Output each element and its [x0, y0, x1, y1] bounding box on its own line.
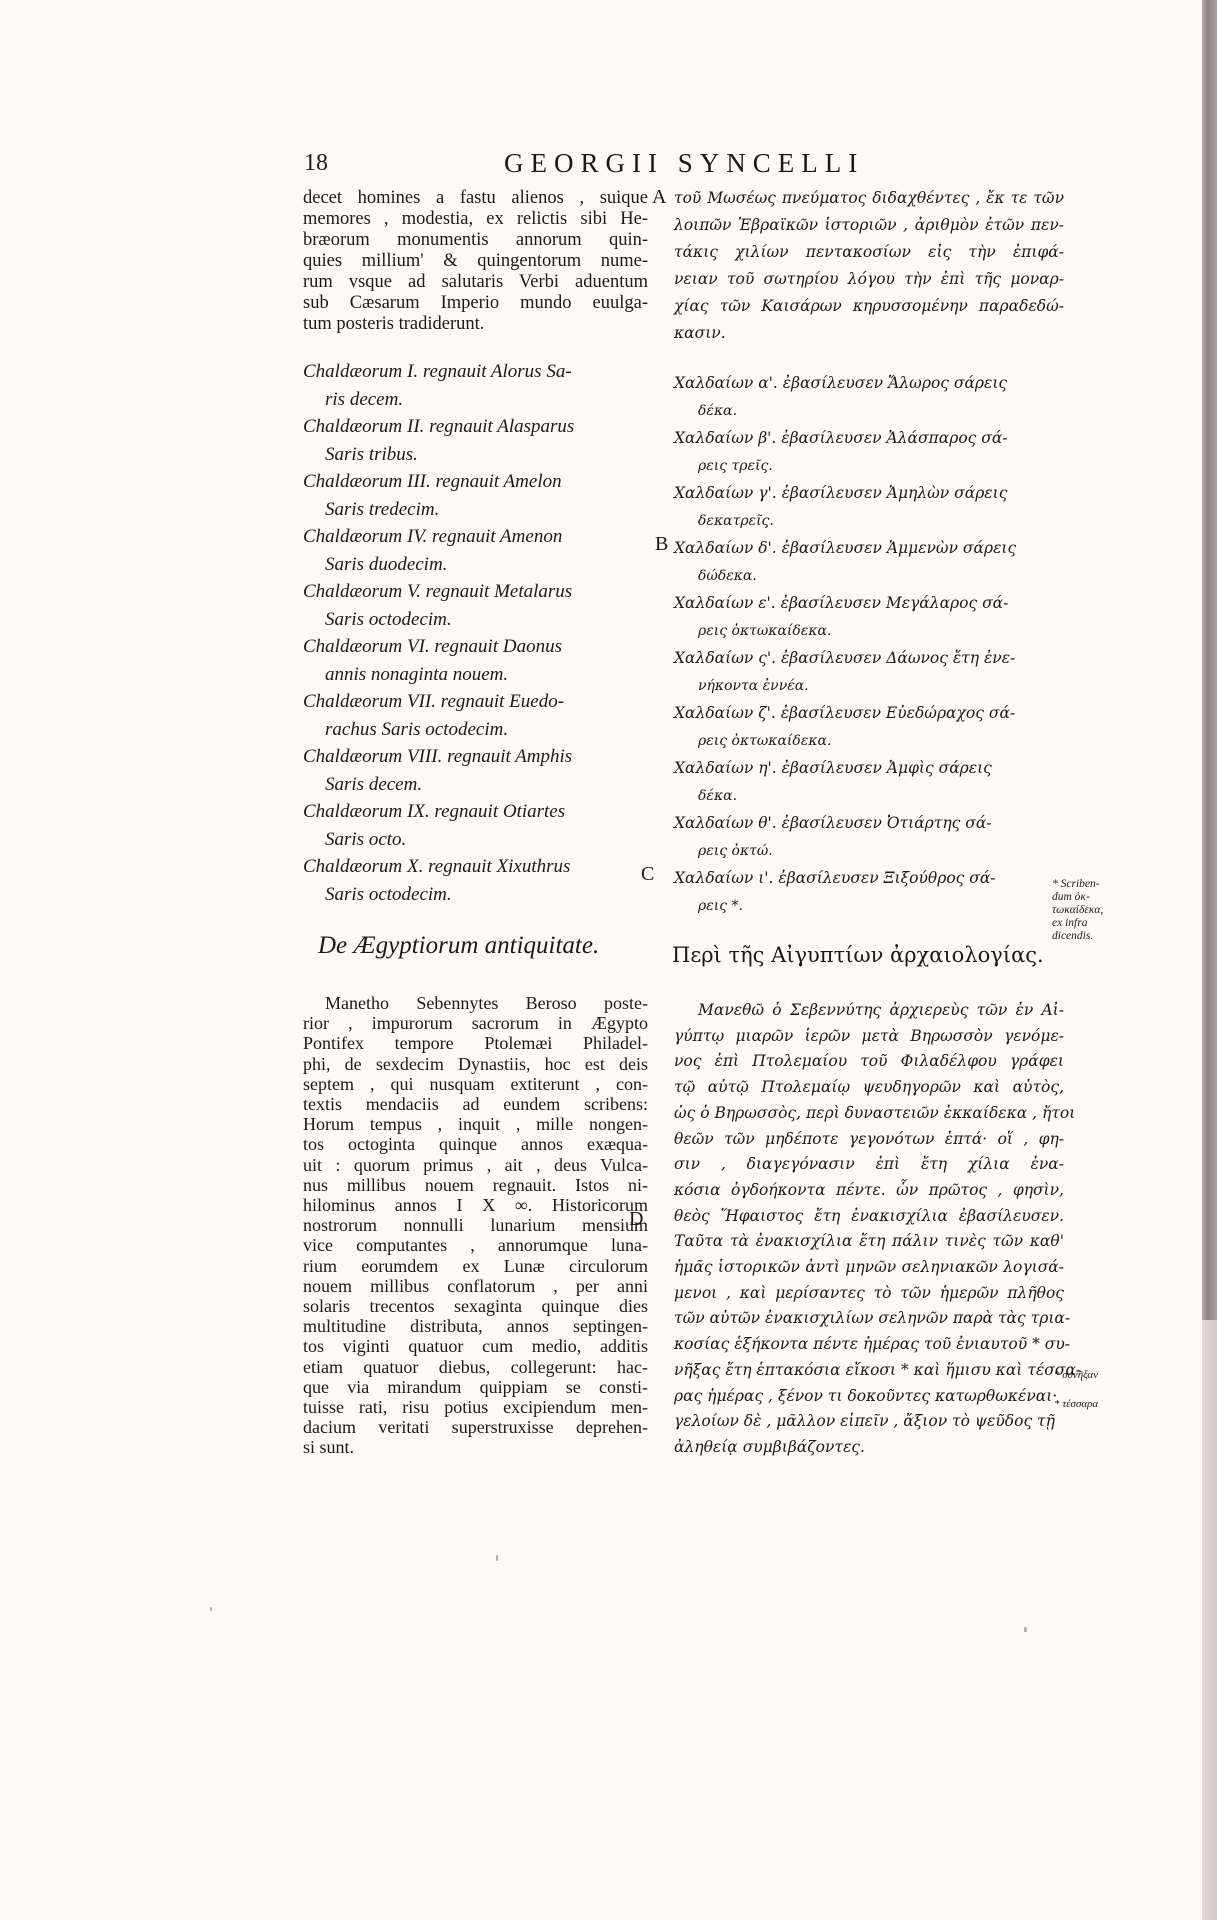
text-line: τοῦ Μωσέως πνεύματος διδαχθέντες , ἔκ τε… [674, 185, 1064, 212]
text-line: Μανεθῶ ὁ Σεβεννύτης ἀρχιερεὺς τῶν ἐν Αἰ- [674, 998, 1064, 1024]
list-item: Chaldæorum VI. regnauit Daonusannis nona… [303, 633, 648, 688]
list-item: Χαλδαίων ε'. ἐβασίλευσεν Μεγάλαρος σά-ρε… [674, 590, 1064, 645]
text-line: solaris trecentos sexaginta quinque dies [303, 1296, 648, 1316]
text-line: phi, de sexdecim Dynastiis, hoc est deis [303, 1054, 648, 1074]
text-line: que via mirandum quippiam se consti- [303, 1377, 648, 1397]
text-line: vice computantes , annorumque luna- [303, 1235, 648, 1255]
text-line: rum vsque ad salutaris Verbi aduentum [303, 272, 648, 293]
text-line: bræorum monumentis annorum quin- [303, 230, 648, 251]
text-line: rior , impurorum sacrorum in Ægypto [303, 1013, 648, 1033]
section-title-greek: Περὶ τῆς Αἰγυπτίων ἀρχαιολογίας. [672, 943, 1044, 967]
text-line: dacium veritati superstruxisse deprehen- [303, 1417, 648, 1437]
text-line: nostrorum nonnulli lunarium mensium [303, 1215, 648, 1235]
margin-note-tessara: * τέσσαρα [1054, 1398, 1098, 1411]
list-item: Chaldæorum IV. regnauit AmenonSaris duod… [303, 523, 648, 578]
paper-speck [1024, 1627, 1027, 1632]
list-item: Chaldæorum VIII. regnauit AmphisSaris de… [303, 743, 648, 798]
text-line: Ταῦτα τὰ ἐνακισχίλια ἔτη πάλιν τινὲς τῶν… [674, 1229, 1064, 1255]
list-item: Chaldæorum II. regnauit AlasparusSaris t… [303, 413, 648, 468]
text-line: Pontifex tempore Ptolemæi Philadel- [303, 1033, 648, 1053]
text-line: νος ἐπὶ Πτολεμαίου τοῦ Φιλαδέλφου γράφει [674, 1049, 1064, 1075]
text-line: tos octoginta quinque annos exæqua- [303, 1134, 648, 1154]
text-line: γελοίων δὲ , μᾶλλον εἰπεῖν , ἄξιον τὸ ψε… [674, 1409, 1064, 1435]
margin-note-synexan: * συνῆξαν [1054, 1369, 1098, 1382]
list-item: Chaldæorum X. regnauit XixuthrusSaris oc… [303, 853, 648, 908]
manetho-latin-paragraph: Manetho Sebennytes Beroso poste- rior , … [303, 993, 648, 1458]
text-line: λοιπῶν Ἑβραϊκῶν ἱστοριῶν , ἀριθμὸν ἐτῶν … [674, 212, 1064, 239]
list-item: Χαλδαίων θ'. ἐβασίλευσεν Ὀτιάρτης σά-ρει… [674, 810, 1064, 865]
text-line: τῶν αὐτῶν ἐνακισχιλίων σεληνῶν παρὰ τὰς … [674, 1306, 1064, 1332]
chaldean-kings-latin-list: Chaldæorum I. regnauit Alorus Sa-ris dec… [303, 358, 648, 908]
text-line: etiam quatuor diebus, collegerunt: hac- [303, 1357, 648, 1377]
list-item: Χαλδαίων δ'. ἐβασίλευσεν Ἀμμενὼν σάρειςδ… [674, 535, 1064, 590]
text-line: multitudine distributa, annos septingen- [303, 1316, 648, 1336]
margin-marker-c: C [641, 863, 654, 886]
text-line: tuisse rati, risu potius excipiendum men… [303, 1397, 648, 1417]
text-line: γύπτῳ μιαρῶν ἱερῶν μετὰ Βηρωσσὸν γενόμε- [674, 1024, 1064, 1050]
text-line: ρας ἡμέρας , ξένον τι δοκοῦντες κατωρθωκ… [674, 1384, 1064, 1410]
margin-marker-b: B [655, 533, 668, 556]
list-item: Χαλδαίων α'. ἐβασίλευσεν Ἄλωρος σάρειςδέ… [674, 370, 1064, 425]
text-line: κόσια ὀγδοήκοντα πέντε. ὧν πρῶτος , φησὶ… [674, 1178, 1064, 1204]
text-line: ἡμᾶς ἱστορικῶν ἀντὶ μηνῶν σεληνιακῶν λογ… [674, 1255, 1064, 1281]
margin-note-scribendum: * Scriben- dum ὀκ- τωκαίδεκα, ex infra d… [1052, 878, 1142, 943]
page-number: 18 [304, 150, 328, 177]
list-item: Χαλδαίων β'. ἐβασίλευσεν Ἀλάσπαρος σά-ρε… [674, 425, 1064, 480]
intro-greek-paragraph: τοῦ Μωσέως πνεύματος διδαχθέντες , ἔκ τε… [674, 185, 1064, 347]
list-item: Chaldæorum I. regnauit Alorus Sa-ris dec… [303, 358, 648, 413]
text-line: θεὸς Ἥφαιστος ἔτη ἐνακισχίλια ἐβασίλευσε… [674, 1204, 1064, 1230]
text-line: ἀληθείᾳ συμβιβάζοντες. [674, 1435, 1064, 1461]
text-line: tos viginti quatuor cum medio, additis [303, 1336, 648, 1356]
text-line: textis mendaciis ad eundem scribens: [303, 1094, 648, 1114]
text-line: decet homines a fastu alienos , suique [303, 188, 648, 209]
text-line: ὡς ὁ Βηρωσσὸς, περὶ δυναστειῶν ἑκκαίδεκα… [674, 1101, 1064, 1127]
text-line: quies millium' & quingentorum nume- [303, 251, 648, 272]
text-line: uit : quorum primus , ait , deus Vulca- [303, 1155, 648, 1175]
text-line: κοσίας ἑξήκοντα πέντε ἡμέρας τοῦ ἐνιαυτο… [674, 1332, 1064, 1358]
text-line: κασιν. [674, 320, 1064, 347]
section-title-latin: De Ægyptiorum antiquitate. [318, 932, 599, 960]
text-line: Manetho Sebennytes Beroso poste- [303, 993, 648, 1013]
list-item: Χαλδαίων ς'. ἐβασίλευσεν Δάωνος ἔτη ἐνε-… [674, 645, 1064, 700]
paper-speck [210, 1607, 212, 1611]
list-item: Χαλδαίων ι'. ἐβασίλευσεν Ξιξούθρος σά-ρε… [674, 865, 1064, 920]
list-item: Chaldæorum VII. regnauit Euedo-rachus Sa… [303, 688, 648, 743]
text-line: memores , modestia, ex relictis sibi He- [303, 209, 648, 230]
text-line: sub Cæsarum Imperio mundo euulga- [303, 293, 648, 314]
text-line: νειαν τοῦ σωτηρίου λόγου τὴν ἐπὶ τῆς μον… [674, 266, 1064, 293]
manetho-greek-paragraph: Μανεθῶ ὁ Σεβεννύτης ἀρχιερεὺς τῶν ἐν Αἰ-… [674, 998, 1064, 1461]
list-item: Χαλδαίων η'. ἐβασίλευσεν Ἀμφὶς σάρειςδέκ… [674, 755, 1064, 810]
text-line: σιν , διαγεγόνασιν ἐπὶ ἔτη χίλια ἐνα- [674, 1152, 1064, 1178]
text-line: tum posteris tradiderunt. [303, 314, 648, 335]
list-item: Χαλδαίων ζ'. ἐβασίλευσεν Εὐεδώραχος σά-ρ… [674, 700, 1064, 755]
running-header: 18 GEORGII SYNCELLI [304, 150, 864, 184]
page-edge-light [1202, 1320, 1217, 1920]
paper-speck [496, 1555, 498, 1561]
text-line: rium eorumdem ex Lunæ circulorum [303, 1256, 648, 1276]
list-item: Chaldæorum IX. regnauit OtiartesSaris oc… [303, 798, 648, 853]
text-line: θεῶν τῶν μηδέποτε γεγονότων ἑπτά· οἵ , φ… [674, 1127, 1064, 1153]
text-line: μενοι , καὶ μερίσαντες τὸ τῶν ἡμερῶν πλῆ… [674, 1281, 1064, 1307]
intro-latin-paragraph: decet homines a fastu alienos , suique m… [303, 188, 648, 335]
text-line: nouem millibus conflatorum , per anni [303, 1276, 648, 1296]
text-line: χίας τῶν Καισάρων κηρυσσομένην παραδεδώ- [674, 293, 1064, 320]
list-item: Χαλδαίων γ'. ἐβασίλευσεν Ἀμηλὼν σάρειςδε… [674, 480, 1064, 535]
text-line: septem , qui nusquam extiterunt , con- [303, 1074, 648, 1094]
margin-marker-d: D [629, 1208, 643, 1231]
margin-marker-a: A [652, 186, 666, 209]
text-line: si sunt. [303, 1437, 648, 1457]
text-line: nus millibus nouem regnauit. Istos ni- [303, 1175, 648, 1195]
text-line: τῷ αὐτῷ Πτολεμαίῳ ψευδηγορῶν καὶ αὐτὸς, [674, 1075, 1064, 1101]
list-item: Chaldæorum III. regnauit AmelonSaris tre… [303, 468, 648, 523]
text-line: hilominus annos I X ∞. Historicorum [303, 1195, 648, 1215]
text-line: Horum tempus , inquit , mille nongen- [303, 1114, 648, 1134]
chaldean-kings-greek-list: Χαλδαίων α'. ἐβασίλευσεν Ἄλωρος σάρειςδέ… [674, 370, 1064, 920]
list-item: Chaldæorum V. regnauit MetalarusSaris oc… [303, 578, 648, 633]
text-line: νῆξας ἔτη ἑπτακόσια εἴκοσι * καὶ ἥμισυ κ… [674, 1358, 1064, 1384]
text-line: τάκις χιλίων πεντακοσίων εἰς τὴν ἐπιφά- [674, 239, 1064, 266]
running-title: GEORGII SYNCELLI [504, 148, 864, 179]
